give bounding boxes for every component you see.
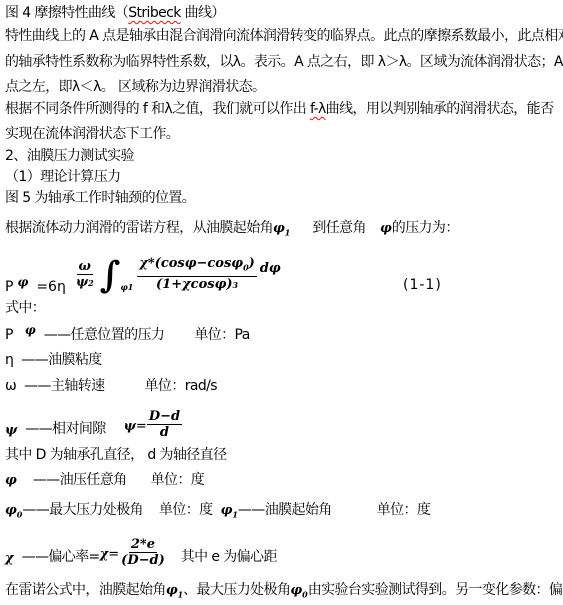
symbol-psi: ψ xyxy=(5,423,17,440)
chi-formula-lhs: χ= xyxy=(100,547,119,568)
dphi-term: dφ xyxy=(260,261,281,276)
fraction1-numerator: ω xyxy=(77,259,93,275)
figure4-caption: 图 4 摩擦特性曲线（Stribeck 曲线） xyxy=(5,5,225,22)
paragraph2-prefix: 根据不同条件所测得的 f 和λ之值，我们就可以作出 xyxy=(5,101,310,117)
symbol-line-viscosity: η——油膜粘度 xyxy=(5,352,102,369)
symbol-omega: ω xyxy=(5,378,16,394)
symbol-phi-desc: ——油压任意角 xyxy=(33,472,127,488)
where-label: 式中： xyxy=(5,300,45,317)
closing-line: 在雷诺公式中，油膜起始角φ1、最大压力处极角φ0由实验台实验测试得到。另一变化参… xyxy=(5,582,563,604)
symbol-phi0: φ0 xyxy=(5,503,22,518)
omega-psi-fraction: ω ψ2 xyxy=(74,259,96,291)
equation-lhs: Pφ=6η xyxy=(5,279,66,298)
equation-1-1: Pφ=6η ω ψ2 ∫ φ1 χ*(cosφ−cosφ0) (1+χcosφ)… xyxy=(5,251,281,298)
chi-fraction-numerator: 2*e xyxy=(129,537,157,553)
equation-number: (1-1) xyxy=(403,277,442,294)
closing-text-c: 由实验台实验测试得到。另一变化参数：偏心 xyxy=(308,582,563,598)
symbol-line-pressure: Pφ——任意位置的压力单位：Pa xyxy=(5,327,250,344)
section-heading: 2、油膜压力测试实验 xyxy=(5,148,134,165)
symbol-eta-desc: ——油膜粘度 xyxy=(21,352,101,368)
caption-suffix: 曲线） xyxy=(181,5,225,21)
equals-six: =6 xyxy=(36,279,57,295)
reynolds-text-a: 根据流体动力润滑的雷诺方程，从油膜起始角 xyxy=(5,220,273,236)
closing-phi0: φ0 xyxy=(290,583,307,598)
phi-symbol: φ xyxy=(380,221,392,236)
symbol-line-phi: φ——油压任意角单位：度 xyxy=(5,472,204,489)
eta-symbol: η xyxy=(57,279,66,295)
symbol-chi-desc: ——偏心率= xyxy=(22,546,100,568)
spellcheck-word-stribeck: Stribeck xyxy=(128,5,181,21)
spellcheck-word-f-lambda: f-λ xyxy=(310,101,326,117)
chi-fraction: 2*e (D−d) xyxy=(119,537,167,568)
symbol-line-eccentricity: χ ——偏心率= χ= 2*e (D−d) 其中 e 为偏心距 xyxy=(5,528,277,568)
psi-formula-lhs: ψ= xyxy=(124,419,147,440)
phi1-subscript: 1 xyxy=(285,228,291,238)
closing-text-a: 在雷诺公式中，油膜起始角 xyxy=(5,582,166,598)
symbol-phi0-desc: ——最大压力处极角 xyxy=(22,502,143,518)
paragraph2-line1: 根据不同条件所测得的 f 和λ之值，我们就可以作出 f-λ曲线，用以判别轴承的润… xyxy=(5,101,553,118)
symbol-P-unit: 单位：Pa xyxy=(194,327,249,343)
symbol-phi1-desc: ——油膜起始角 xyxy=(238,502,332,518)
symbol-line-speed: ω——主轴转速单位：rad/s xyxy=(5,378,217,395)
caption-prefix: 图 4 摩擦特性曲线（ xyxy=(5,5,128,21)
symbol-omega-desc: ——主轴转速 xyxy=(24,378,104,394)
symbol-line-phi0-phi1: φ0——最大压力处极角单位：度φ1——油膜起始角单位：度 xyxy=(5,502,430,524)
paragraph1-line1: 特性曲线上的 A 点是轴承由混合润滑向流体润滑转变的临界点。此点的摩擦系数最小，… xyxy=(5,28,563,45)
symbol-phi1-unit: 单位：度 xyxy=(377,502,431,518)
chi-fraction-denominator: (D−d) xyxy=(119,553,167,568)
integral-sign: ∫ xyxy=(100,255,121,295)
diameter-note: 其中 D 为轴承孔直径， d 为轴径直径 xyxy=(5,447,226,464)
paragraph2-suffix: 曲线，用以判别轴承的润滑状态，能否 xyxy=(326,101,554,117)
subsection-heading: （1）理论计算压力 xyxy=(5,169,121,186)
reynolds-text-c: 的压力为： xyxy=(392,220,459,236)
paragraph2-line2: 实现在流体润滑状态下工作。 xyxy=(5,126,179,143)
fraction2-denominator: (1+χcosφ)3 xyxy=(154,277,240,293)
phi1-symbol: φ1 xyxy=(273,221,290,236)
symbol-omega-unit: 单位：rad/s xyxy=(145,378,217,394)
pressure-fraction: χ*(cosφ−cosφ0) (1+χcosφ)3 xyxy=(137,256,256,293)
reynolds-text-b: 到任意角 xyxy=(312,220,366,236)
fraction1-denominator: ψ2 xyxy=(74,275,96,291)
symbol-chi: χ xyxy=(5,551,14,568)
integral-lower-limit: φ1 xyxy=(121,282,134,298)
closing-text-b: 、最大压力处极角 xyxy=(183,582,290,598)
symbol-P-phi-sup: φ xyxy=(25,323,36,337)
fraction2-numerator: χ*(cosφ−cosφ0) xyxy=(137,256,256,277)
symbol-phi: φ xyxy=(5,473,17,488)
pressure-symbol: P xyxy=(5,279,13,295)
phi-superscript: φ xyxy=(17,275,28,289)
paragraph1-line3: 点之左，即λ＜λ。 区域称为边界润滑状态。 xyxy=(5,79,265,96)
symbol-psi-desc: ——相对间隙 xyxy=(25,418,105,440)
cube-exponent: 3 xyxy=(233,280,239,290)
closing-phi1: φ1 xyxy=(166,583,183,598)
symbol-phi-unit: 单位：度 xyxy=(151,472,205,488)
symbol-eta: η xyxy=(5,352,13,368)
symbol-phi0-unit: 单位：度 xyxy=(159,502,213,518)
paragraph1-line2: 的轴承特性系数称为临界特性系数，以λ。表示。A 点之右，即 λ＞λ。区域为流体润… xyxy=(5,54,563,71)
reynolds-intro-line: 根据流体动力润滑的雷诺方程，从油膜起始角φ1到任意角φ的压力为： xyxy=(5,220,459,242)
eccentricity-note: 其中 e 为偏心距 xyxy=(181,546,277,568)
document-page: 图 4 摩擦特性曲线（Stribeck 曲线） 特性曲线上的 A 点是轴承由混合… xyxy=(0,0,563,605)
symbol-line-clearance: ψ ——相对间隙 ψ= D−d d xyxy=(5,402,182,440)
psi-exponent: 2 xyxy=(88,278,94,288)
symbol-P-desc: ——任意位置的压力 xyxy=(44,327,165,343)
figure5-reference: 图 5 为轴承工作时轴颈的位置。 xyxy=(5,190,195,207)
symbol-P: P xyxy=(5,327,13,343)
psi-fraction-numerator: D−d xyxy=(147,409,182,425)
psi-fraction: D−d d xyxy=(147,409,182,440)
symbol-phi1: φ1 xyxy=(221,503,238,518)
psi-fraction-denominator: d xyxy=(158,425,171,440)
